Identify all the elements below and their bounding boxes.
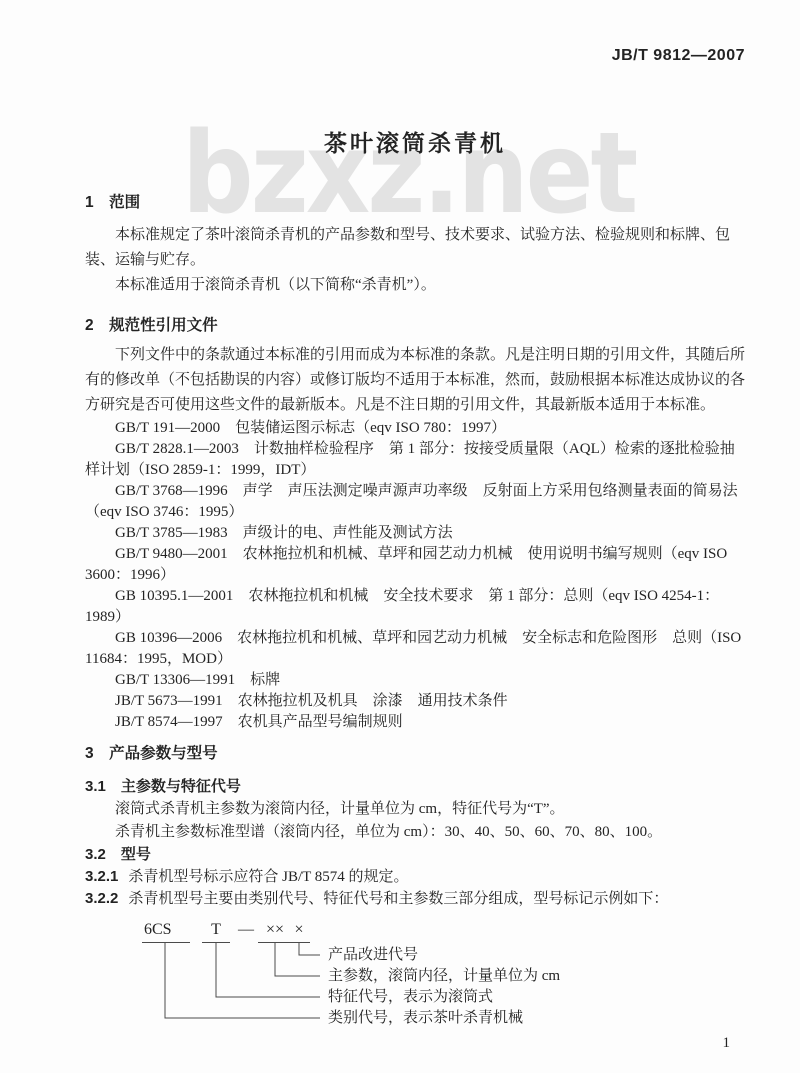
normative-references-list: GB/T 191—2000 包装储运图示标志（eqv ISO 780：1997）… (85, 418, 745, 733)
reference-item: GB/T 13306—1991 标牌 (85, 670, 745, 691)
document-page: bzxz.net JB/T 9812—2007 茶叶滚筒杀青机 1 范围 本标准… (0, 0, 800, 1073)
page-number: 1 (723, 1033, 731, 1053)
section-1-paragraph-1: 本标准规定了茶叶滚筒杀青机的产品参数和型号、技术要求、试验方法、检验规则和标牌、… (85, 223, 745, 273)
section-2-heading: 2 规范性引用文件 (85, 315, 745, 337)
diagram-label-main-parameter: 主参数，滚筒内径，计量单位为 cm (328, 966, 560, 986)
section-3-1-paragraph-1: 滚筒式杀青机主参数为滚筒内径，计量单位为 cm，特征代号为“T”。 (85, 798, 745, 821)
clause-text: 杀青机型号标示应符合 JB/T 8574 的规定。 (128, 869, 408, 885)
model-code-improvement: × (288, 920, 310, 943)
model-code-category: 6CS (142, 920, 190, 943)
section-2-intro: 下列文件中的条款通过本标准的引用而成为本标准的条款。凡是注明日期的引用文件，其随… (85, 343, 745, 418)
model-code-feature: T (202, 920, 230, 943)
reference-item: GB/T 191—2000 包装储运图示标志（eqv ISO 780：1997） (85, 418, 745, 439)
document-title: 茶叶滚筒杀青机 (85, 128, 745, 158)
model-code-dash: — (232, 920, 260, 942)
section-3-2-heading: 3.2 型号 (85, 844, 745, 866)
reference-item: GB/T 9480—2001 农林拖拉机和机械、草坪和园艺动力机械 使用说明书编… (85, 544, 745, 586)
reference-item: GB/T 2828.1—2003 计数抽样检验程序 第 1 部分：按接受质量限（… (85, 439, 745, 481)
clause-3-2-1: 3.2.1杀青机型号标示应符合 JB/T 8574 的规定。 (85, 866, 745, 888)
reference-item: GB 10396—2006 农林拖拉机和机械、草坪和园艺动力机械 安全标志和危险… (85, 628, 745, 670)
model-code-main-parameter: ×× (258, 920, 292, 943)
diagram-label-feature-code: 特征代号，表示为滚筒式 (328, 987, 493, 1007)
page-content: JB/T 9812—2007 茶叶滚筒杀青机 1 范围 本标准规定了茶叶滚筒杀青… (0, 0, 800, 1030)
clause-number: 3.2.1 (85, 868, 118, 885)
reference-item: JB/T 8574—1997 农机具产品型号编制规则 (85, 712, 745, 733)
reference-item: GB 10395.1—2001 农林拖拉机和机械 安全技术要求 第 1 部分：总… (85, 586, 745, 628)
section-1-heading: 1 范围 (85, 192, 745, 214)
clause-text: 杀青机型号主要由类别代号、特征代号和主参数三部分组成，型号标记示例如下： (128, 891, 668, 907)
reference-item: GB/T 3785—1983 声级计的电、声性能及测试方法 (85, 523, 745, 544)
section-3-1-heading: 3.1 主参数与特征代号 (85, 776, 745, 798)
section-1-paragraph-2: 本标准适用于滚筒杀青机（以下简称“杀青机”）。 (85, 273, 745, 298)
model-designation-diagram: 6CS T — ×× × 产品改进代号 主参数，滚筒内径，计量单位为 cm 特征… (130, 918, 750, 1030)
clause-3-2-2: 3.2.2杀青机型号主要由类别代号、特征代号和主参数三部分组成，型号标记示例如下… (85, 888, 745, 910)
reference-item: GB/T 3768—1996 声学 声压法测定噪声源声功率级 反射面上方采用包络… (85, 481, 745, 523)
clause-number: 3.2.2 (85, 890, 118, 907)
diagram-label-category-code: 类别代号，表示茶叶杀青机械 (328, 1008, 523, 1028)
diagram-label-improvement-code: 产品改进代号 (328, 945, 418, 965)
standard-number: JB/T 9812—2007 (85, 0, 745, 66)
reference-item: JB/T 5673—1991 农林拖拉机及机具 涂漆 通用技术条件 (85, 691, 745, 712)
section-3-heading: 3 产品参数与型号 (85, 743, 745, 765)
section-3-1-paragraph-2: 杀青机主参数标准型谱（滚筒内径，单位为 cm）：30、40、50、60、70、8… (85, 821, 745, 844)
